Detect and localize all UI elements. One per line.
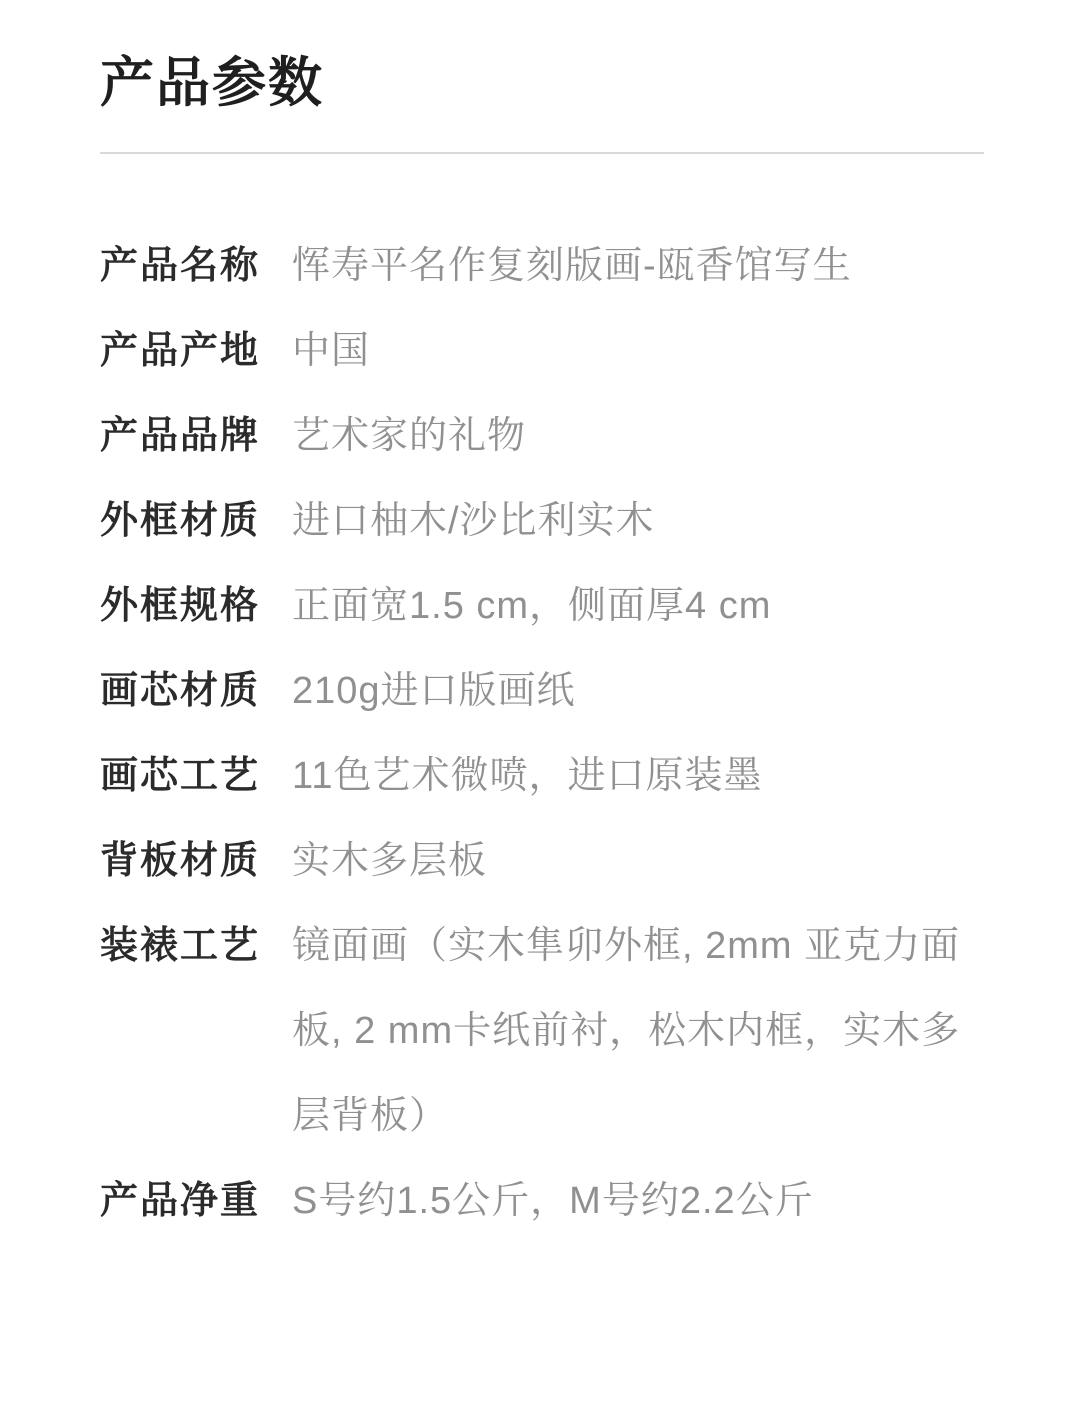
spec-label: 背板材质 [100, 819, 268, 904]
spec-value: 实木多层板 [292, 819, 984, 904]
spec-value: S号约1.5公斤，M号约2.2公斤 [292, 1159, 984, 1244]
spec-row: 产品产地中国 [100, 309, 984, 394]
spec-value: 镜面画（实木隼卯外框, 2mm 亚克力面板, 2 mm卡纸前衬，松木内框，实木多… [292, 904, 984, 1159]
spec-row: 装裱工艺镜面画（实木隼卯外框, 2mm 亚克力面板, 2 mm卡纸前衬，松木内框… [100, 904, 984, 1159]
spec-value: 艺术家的礼物 [292, 394, 984, 479]
divider [100, 152, 984, 154]
spec-row: 产品品牌艺术家的礼物 [100, 394, 984, 479]
spec-label: 产品产地 [100, 309, 268, 394]
spec-label: 画芯材质 [100, 649, 268, 734]
spec-row: 外框规格正面宽1.5 cm，侧面厚4 cm [100, 564, 984, 649]
spec-value: 正面宽1.5 cm，侧面厚4 cm [292, 564, 984, 649]
spec-row: 产品名称恽寿平名作复刻版画-瓯香馆写生 [100, 224, 984, 309]
spec-row: 外框材质进口柚木/沙比利实木 [100, 479, 984, 564]
spec-row: 背板材质实木多层板 [100, 819, 984, 904]
spec-label: 产品名称 [100, 224, 268, 309]
spec-value: 210g进口版画纸 [292, 649, 984, 734]
spec-value: 11色艺术微喷，进口原装墨 [292, 734, 984, 819]
spec-value: 进口柚木/沙比利实木 [292, 479, 984, 564]
spec-row: 画芯材质210g进口版画纸 [100, 649, 984, 734]
spec-value: 中国 [292, 309, 984, 394]
spec-list: 产品名称恽寿平名作复刻版画-瓯香馆写生产品产地中国产品品牌艺术家的礼物外框材质进… [100, 224, 984, 1244]
product-specs-section: 产品参数 产品名称恽寿平名作复刻版画-瓯香馆写生产品产地中国产品品牌艺术家的礼物… [0, 0, 1080, 1419]
spec-label: 产品净重 [100, 1159, 268, 1244]
spec-label: 画芯工艺 [100, 734, 268, 819]
spec-row: 画芯工艺11色艺术微喷，进口原装墨 [100, 734, 984, 819]
spec-label: 装裱工艺 [100, 904, 268, 989]
spec-label: 外框规格 [100, 564, 268, 649]
spec-label: 外框材质 [100, 479, 268, 564]
spec-value: 恽寿平名作复刻版画-瓯香馆写生 [292, 224, 984, 309]
page-title: 产品参数 [100, 50, 984, 116]
spec-label: 产品品牌 [100, 394, 268, 479]
spec-row: 产品净重S号约1.5公斤，M号约2.2公斤 [100, 1159, 984, 1244]
